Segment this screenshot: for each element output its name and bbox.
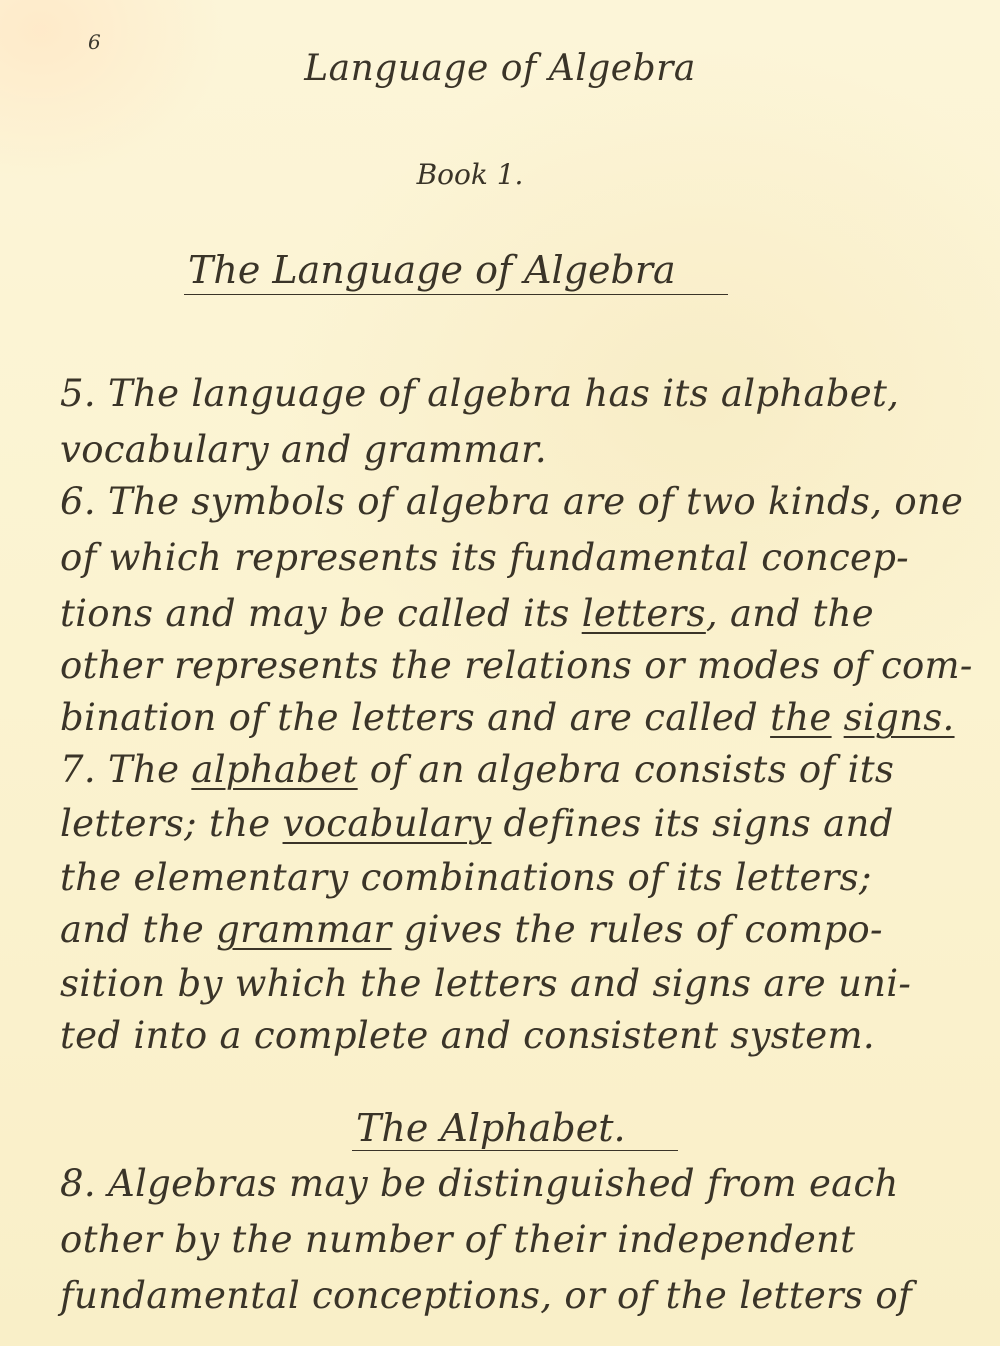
text: and the xyxy=(60,908,216,951)
underlined-term-letters: letters xyxy=(582,592,706,635)
underlined-term-alphabet: alphabet xyxy=(191,748,357,791)
text: 7. The xyxy=(60,748,191,791)
book-label: Book 1. xyxy=(0,158,940,191)
paragraph-8-line-3: fundamental conceptions, or of the lette… xyxy=(60,1274,912,1317)
text: gives the rules of compo- xyxy=(392,908,883,951)
text: defines its signs and xyxy=(492,802,894,845)
paragraph-8-line-1: 8. Algebras may be distinguished from ea… xyxy=(60,1162,899,1205)
paragraph-6-line-5: bination of the letters and are called t… xyxy=(60,696,955,739)
underlined-term-the: the xyxy=(770,696,832,739)
underlined-term-signs: signs. xyxy=(844,696,955,739)
paragraph-7-line-5: sition by which the letters and signs ar… xyxy=(60,962,911,1005)
paragraph-8-line-2: other by the number of their independent xyxy=(60,1218,855,1261)
paragraph-5-line-2: vocabulary and grammar. xyxy=(60,428,547,471)
paragraph-7-line-3: the elementary combinations of its lette… xyxy=(60,856,872,899)
text: , and the xyxy=(706,592,874,635)
paragraph-6-line-3: tions and may be called its letters, and… xyxy=(60,592,874,635)
text: letters; the xyxy=(60,802,283,845)
paragraph-6-line-4: other represents the relations or modes … xyxy=(60,644,973,687)
text: of an algebra consists of its xyxy=(358,748,895,791)
section-heading: The Language of Algebra xyxy=(184,250,728,295)
text: tions and may be called its xyxy=(60,592,582,635)
subheading-alphabet: The Alphabet. xyxy=(352,1108,678,1151)
paragraph-5-line-1: 5. The language of algebra has its alpha… xyxy=(60,372,899,415)
paragraph-6-line-2: of which represents its fundamental conc… xyxy=(60,536,909,579)
manuscript-page: 6 Language of Algebra Book 1. The Langua… xyxy=(0,0,1000,1346)
text xyxy=(832,696,844,739)
paragraph-7-line-1: 7. The alphabet of an algebra consists o… xyxy=(60,748,894,791)
paragraph-7-line-6: ted into a complete and consistent syste… xyxy=(60,1014,875,1057)
paragraph-7-line-2: letters; the vocabulary defines its sign… xyxy=(60,802,894,845)
text: bination of the letters and are called xyxy=(60,696,770,739)
running-title: Language of Algebra xyxy=(0,48,1000,89)
underlined-term-vocabulary: vocabulary xyxy=(283,802,492,845)
underlined-term-grammar: grammar xyxy=(216,908,391,951)
paragraph-7-line-4: and the grammar gives the rules of compo… xyxy=(60,908,883,951)
paragraph-6-line-1: 6. The symbols of algebra are of two kin… xyxy=(60,480,963,523)
